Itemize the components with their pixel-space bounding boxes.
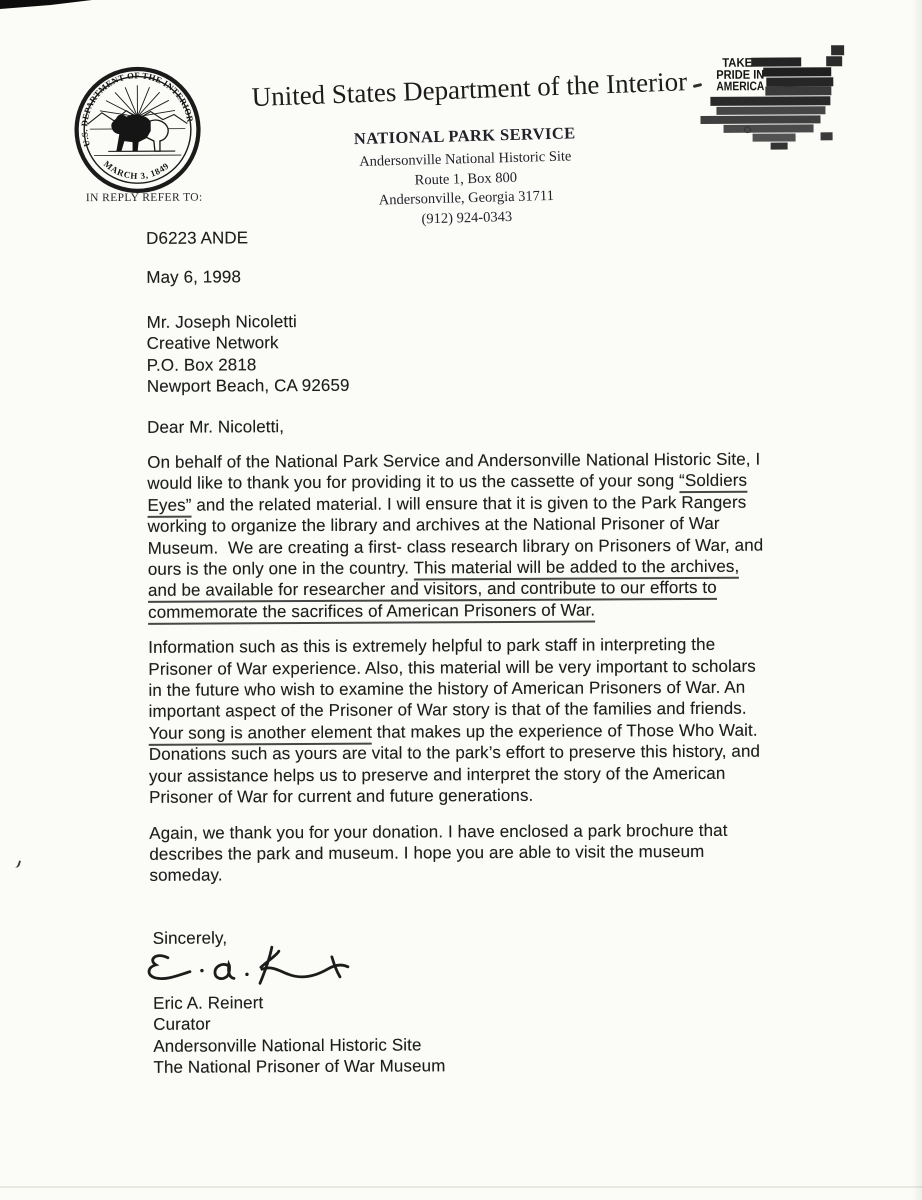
text-segment: describes the park and museum. I hope yo…: [149, 842, 704, 864]
text-segment: Museum. We are creating a first- class r…: [148, 535, 764, 557]
text-segment: important aspect of the Prisoner of War …: [149, 699, 747, 721]
text-line: Creative Network: [147, 332, 350, 354]
text-line: The National Prisoner of War Museum: [153, 1056, 445, 1079]
text-segment: and the related material. I will ensure …: [191, 493, 746, 515]
text-line: Curator: [153, 1013, 445, 1036]
text-line: Newport Beach, CA 92659: [147, 375, 350, 397]
text-line: Eric A. Reinert: [153, 991, 445, 1014]
text-segment: On behalf of the National Park Service a…: [147, 450, 760, 472]
body-line: your assistance helps us to preserve and…: [149, 762, 825, 787]
body-line: ours is the only one in the country. Thi…: [148, 555, 824, 580]
body-line: Eyes” and the related material. I will e…: [147, 491, 823, 516]
scanned-letter-page: U.S. DEPARTMENT OF THE INTERIOR MARCH 3,…: [0, 0, 922, 1200]
body-line: Prisoner of War for current and future g…: [149, 783, 825, 808]
letter-body: On behalf of the National Park Service a…: [147, 448, 825, 900]
text-segment: that makes up the experience of Those Wh…: [372, 721, 758, 742]
pen-underlined-text: commemorate the sacrifices of American P…: [148, 600, 595, 624]
text-segment: Information such as this is extremely he…: [148, 635, 715, 657]
text-segment: your assistance helps us to preserve and…: [149, 764, 726, 786]
text-line: Mr. Joseph Nicoletti: [146, 311, 349, 333]
text-line: Andersonville National Historic Site: [153, 1034, 445, 1057]
letter-date: May 6, 1998: [146, 266, 241, 288]
text-segment: Donations such as yours are vital to the…: [149, 742, 760, 764]
text-segment: in the future who wish to examine the hi…: [148, 678, 745, 700]
department-title: United States Department of the Interior: [219, 65, 720, 114]
reply-refer-label: IN REPLY REFER TO:: [86, 192, 203, 205]
body-line: Again, we thank you for your donation. I…: [149, 819, 825, 844]
text-line: P.O. Box 2818: [147, 354, 350, 376]
logo-text-america: AMERICA: [716, 79, 764, 93]
seal-artwork: [88, 85, 188, 156]
body-line: Donations such as yours are vital to the…: [149, 741, 825, 766]
paragraph: Again, we thank you for your donation. I…: [149, 819, 825, 887]
text-segment: working to organize the library and arch…: [148, 514, 720, 536]
body-line: commemorate the sacrifices of American P…: [148, 598, 824, 623]
pen-underlined-text: Eyes”: [147, 495, 191, 517]
signature-block: Eric A. ReinertCuratorAndersonville Nati…: [153, 991, 445, 1078]
take-pride-in-america-logo: TAKE PRIDE IN AMERICA: [695, 38, 856, 157]
pen-underlined-text: “Soldiers: [679, 471, 747, 493]
text-segment: someday.: [149, 866, 222, 885]
text-segment: would like to thank you for providing it…: [147, 471, 679, 493]
recipient-address-block: Mr. Joseph NicolettiCreative NetworkP.O.…: [146, 311, 349, 398]
text-segment: ours is the only one in the country.: [148, 558, 414, 578]
body-line: someday.: [149, 862, 825, 887]
salutation: Dear Mr. Nicoletti,: [147, 416, 284, 438]
paragraph: Information such as this is extremely he…: [148, 634, 825, 809]
reference-number: D6223 ANDE: [146, 227, 248, 249]
letterhead-address-block: NATIONAL PARK SERVICE Andersonville Nati…: [277, 121, 656, 233]
text-segment: Again, we thank you for your donation. I…: [149, 820, 727, 842]
paragraph: On behalf of the National Park Service a…: [147, 448, 824, 623]
letter-content: U.S. DEPARTMENT OF THE INTERIOR MARCH 3,…: [0, 0, 922, 1200]
doi-seal-icon: U.S. DEPARTMENT OF THE INTERIOR MARCH 3,…: [71, 64, 204, 197]
text-segment: Prisoner of War experience. Also, this m…: [148, 656, 756, 678]
text-segment: Prisoner of War for current and future g…: [149, 786, 533, 807]
